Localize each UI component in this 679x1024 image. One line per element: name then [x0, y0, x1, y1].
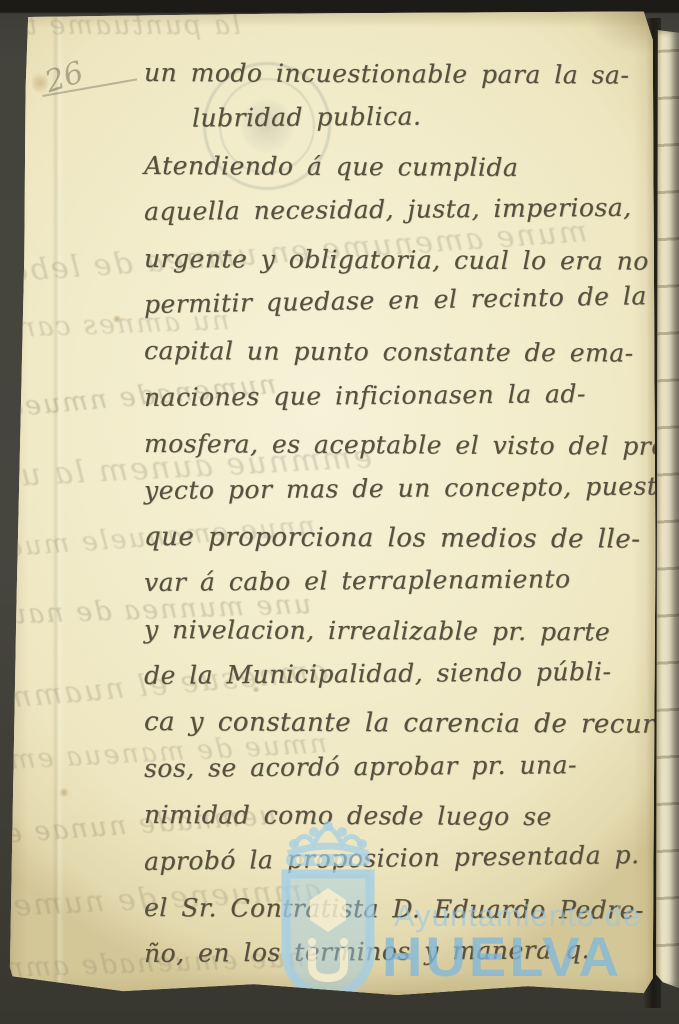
manuscript-line: ca y constante la carencia de recur-	[144, 699, 650, 748]
manuscript-line: de la Municipalidad, siendo públi-	[144, 649, 650, 700]
verso-line: la puntuame te	[6, 10, 241, 41]
manuscript-line: mosfera, es aceptable el visto del pro-	[144, 421, 650, 470]
manuscript-line: yecto por mas de un concepto, puesto	[144, 463, 650, 514]
manuscript-line: ño, en los terminos y manera q.	[144, 927, 650, 978]
manuscript-line: capital un punto constante de ema-	[144, 328, 650, 377]
manuscript-line: permitir quedase en el recinto de la	[144, 273, 651, 328]
next-page-edge	[656, 30, 679, 988]
manuscript-line: var á cabo el terraplenamiento	[144, 556, 650, 607]
manuscript-line: aquella necesidad, justa, imperiosa,	[144, 185, 650, 236]
manuscript-line: lubridad publica.	[144, 92, 650, 143]
manuscript-page: 26 mune amenume en umnea de lebennu amne…	[6, 10, 658, 1002]
foxing-spot	[58, 788, 70, 797]
scanned-document-photo: 26 mune amenume en umnea de lebennu amne…	[0, 0, 679, 1024]
manuscript-line: aprobó la proposicion presentada p.	[144, 832, 651, 885]
manuscript-line: naciones que inficionasen la ad-	[144, 370, 650, 421]
manuscript-text: un modo incuestionable para la sa-lubrid…	[144, 50, 650, 978]
foxing-spot	[112, 315, 122, 323]
folio-number-pencil-mark: 26	[41, 39, 137, 100]
manuscript-line: sos, se acordó aprobar pr. una-	[144, 741, 650, 792]
